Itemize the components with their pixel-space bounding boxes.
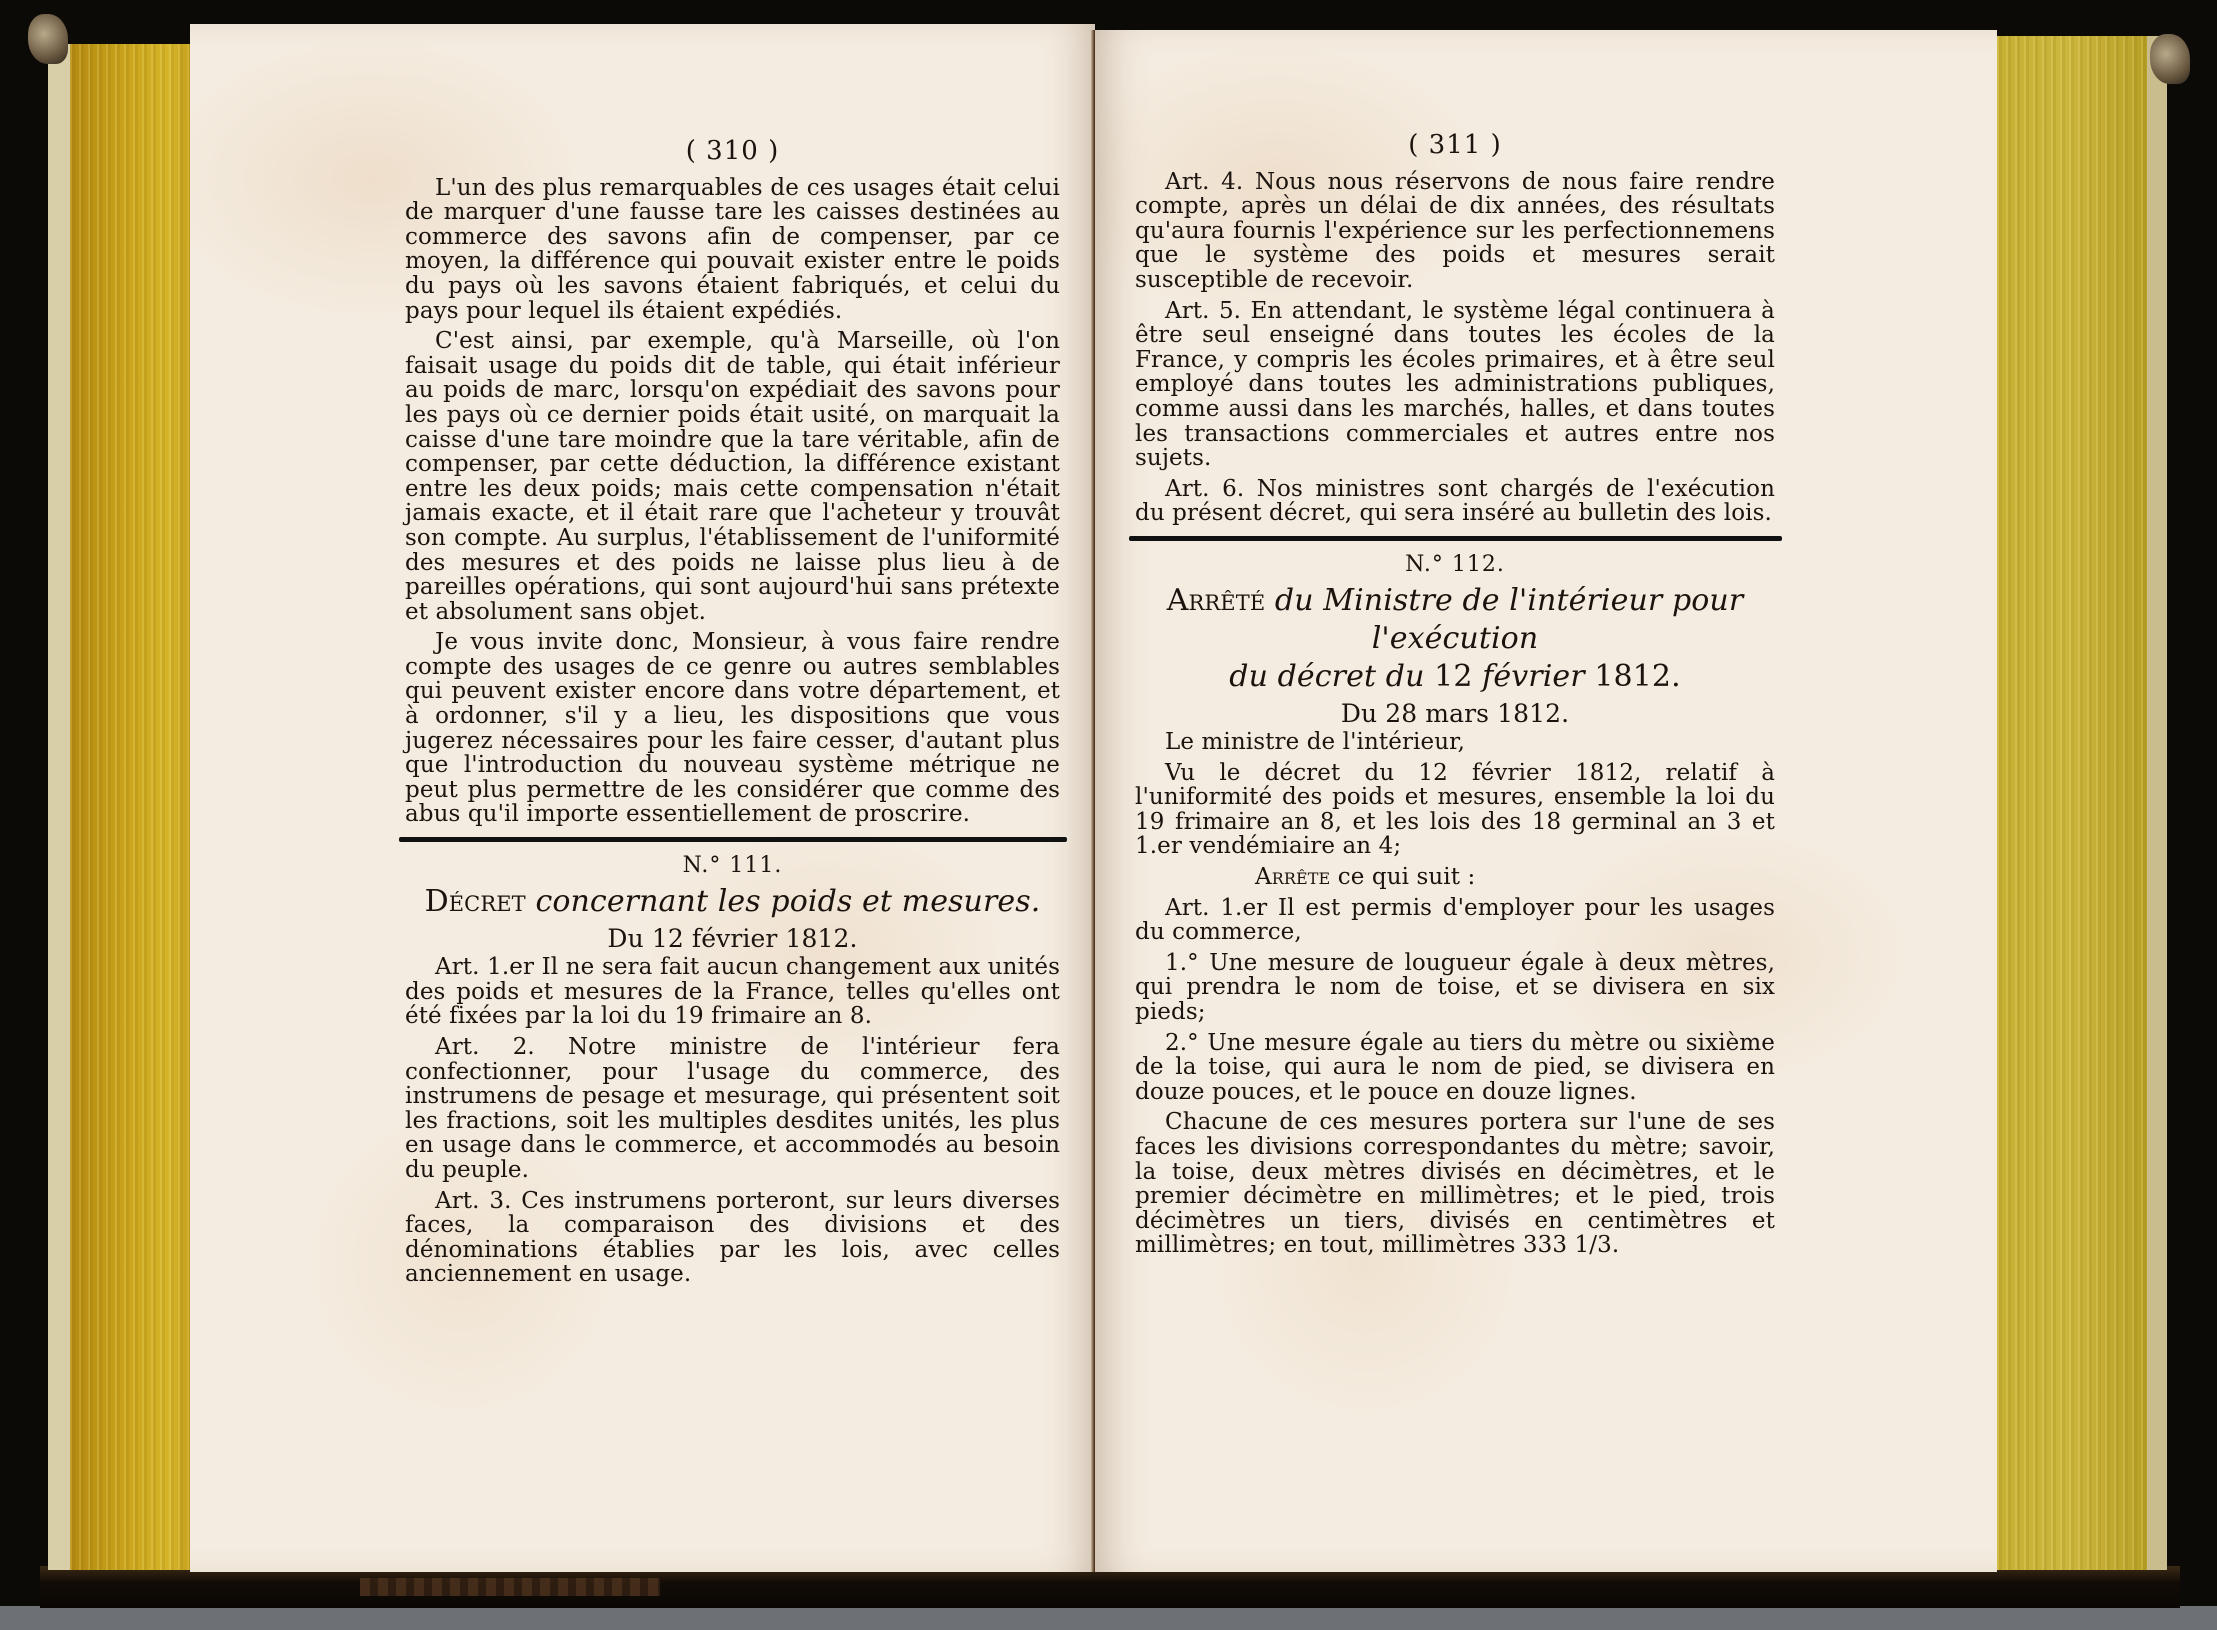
left-text-column: ( 310 ) L'un des plus remarquables de ce…	[405, 139, 1060, 1293]
page-number: ( 310 )	[405, 139, 1060, 164]
article-item: 2.° Une mesure égale au tiers du mètre o…	[1135, 1031, 1775, 1105]
corner-ornament-icon	[2150, 34, 2190, 84]
article: Art. 1.er Il ne sera fait aucun changeme…	[405, 955, 1060, 1029]
section-rule	[399, 837, 1067, 842]
section-date: Du 12 février 1812.	[405, 927, 1060, 952]
title-italic: concernant les poids et mesures.	[535, 884, 1040, 919]
article: Art. 5. En attendant, le système légal c…	[1135, 299, 1775, 471]
arrete-rest: ce qui suit :	[1338, 864, 1476, 890]
left-page[interactable]: ( 310 ) L'un des plus remarquables de ce…	[190, 24, 1095, 1572]
section-title: Arrêté du Ministre de l'intérieur pour l…	[1135, 582, 1775, 696]
paragraph: C'est ainsi, par exemple, qu'à Marseille…	[405, 329, 1060, 624]
article: Art. 6. Nos ministres sont chargés de l'…	[1135, 477, 1775, 526]
article: Art. 1.er Il est permis d'employer pour …	[1135, 896, 1775, 945]
title-caps: Décret	[425, 884, 526, 919]
arrete-caps: Arrête	[1255, 864, 1330, 890]
section-number: N.° 112.	[1135, 553, 1775, 578]
title-italic: du décret du	[1229, 659, 1424, 694]
section-rule	[1129, 536, 1782, 541]
section-number: N.° 111.	[405, 854, 1060, 879]
title-roman: 12	[1434, 659, 1472, 694]
right-page[interactable]: ( 311 ) Art. 4. Nous nous réservons de n…	[1095, 30, 1997, 1572]
paragraph: Chacune de ces mesures portera sur l'une…	[1135, 1110, 1775, 1258]
article: Art. 4. Nous nous réservons de nous fair…	[1135, 170, 1775, 293]
section-date: Du 28 mars 1812.	[1135, 702, 1775, 727]
article: Art. 3. Ces instrumens porteront, sur le…	[405, 1189, 1060, 1287]
book-headband	[360, 1578, 660, 1596]
article-item: 1.° Une mesure de lougueur égale à deux …	[1135, 951, 1775, 1025]
right-fore-edge	[1997, 36, 2167, 1570]
corner-ornament-icon	[28, 14, 68, 64]
right-text-column: ( 311 ) Art. 4. Nous nous réservons de n…	[1135, 133, 1775, 1264]
article: Art. 2. Notre ministre de l'intérieur fe…	[405, 1035, 1060, 1183]
title-roman: 1812.	[1594, 659, 1680, 694]
paragraph: L'un des plus remarquables de ces usages…	[405, 176, 1060, 324]
title-italic: février	[1482, 659, 1585, 694]
preamble: Vu le décret du 12 février 1812, relatif…	[1135, 761, 1775, 859]
page-number: ( 311 )	[1135, 133, 1775, 158]
left-fore-edge	[48, 44, 212, 1570]
table-surface	[0, 1606, 2217, 1630]
title-italic: du Ministre de l'intérieur pour l'exécut…	[1275, 583, 1743, 656]
preamble: Le ministre de l'intérieur,	[1135, 730, 1775, 755]
title-caps: Arrêté	[1167, 583, 1266, 618]
section-title: Décret concernant les poids et mesures.	[405, 883, 1060, 921]
arrete-line: Arrête ce qui suit :	[1135, 865, 1775, 890]
paragraph: Je vous invite donc, Monsieur, à vous fa…	[405, 630, 1060, 827]
